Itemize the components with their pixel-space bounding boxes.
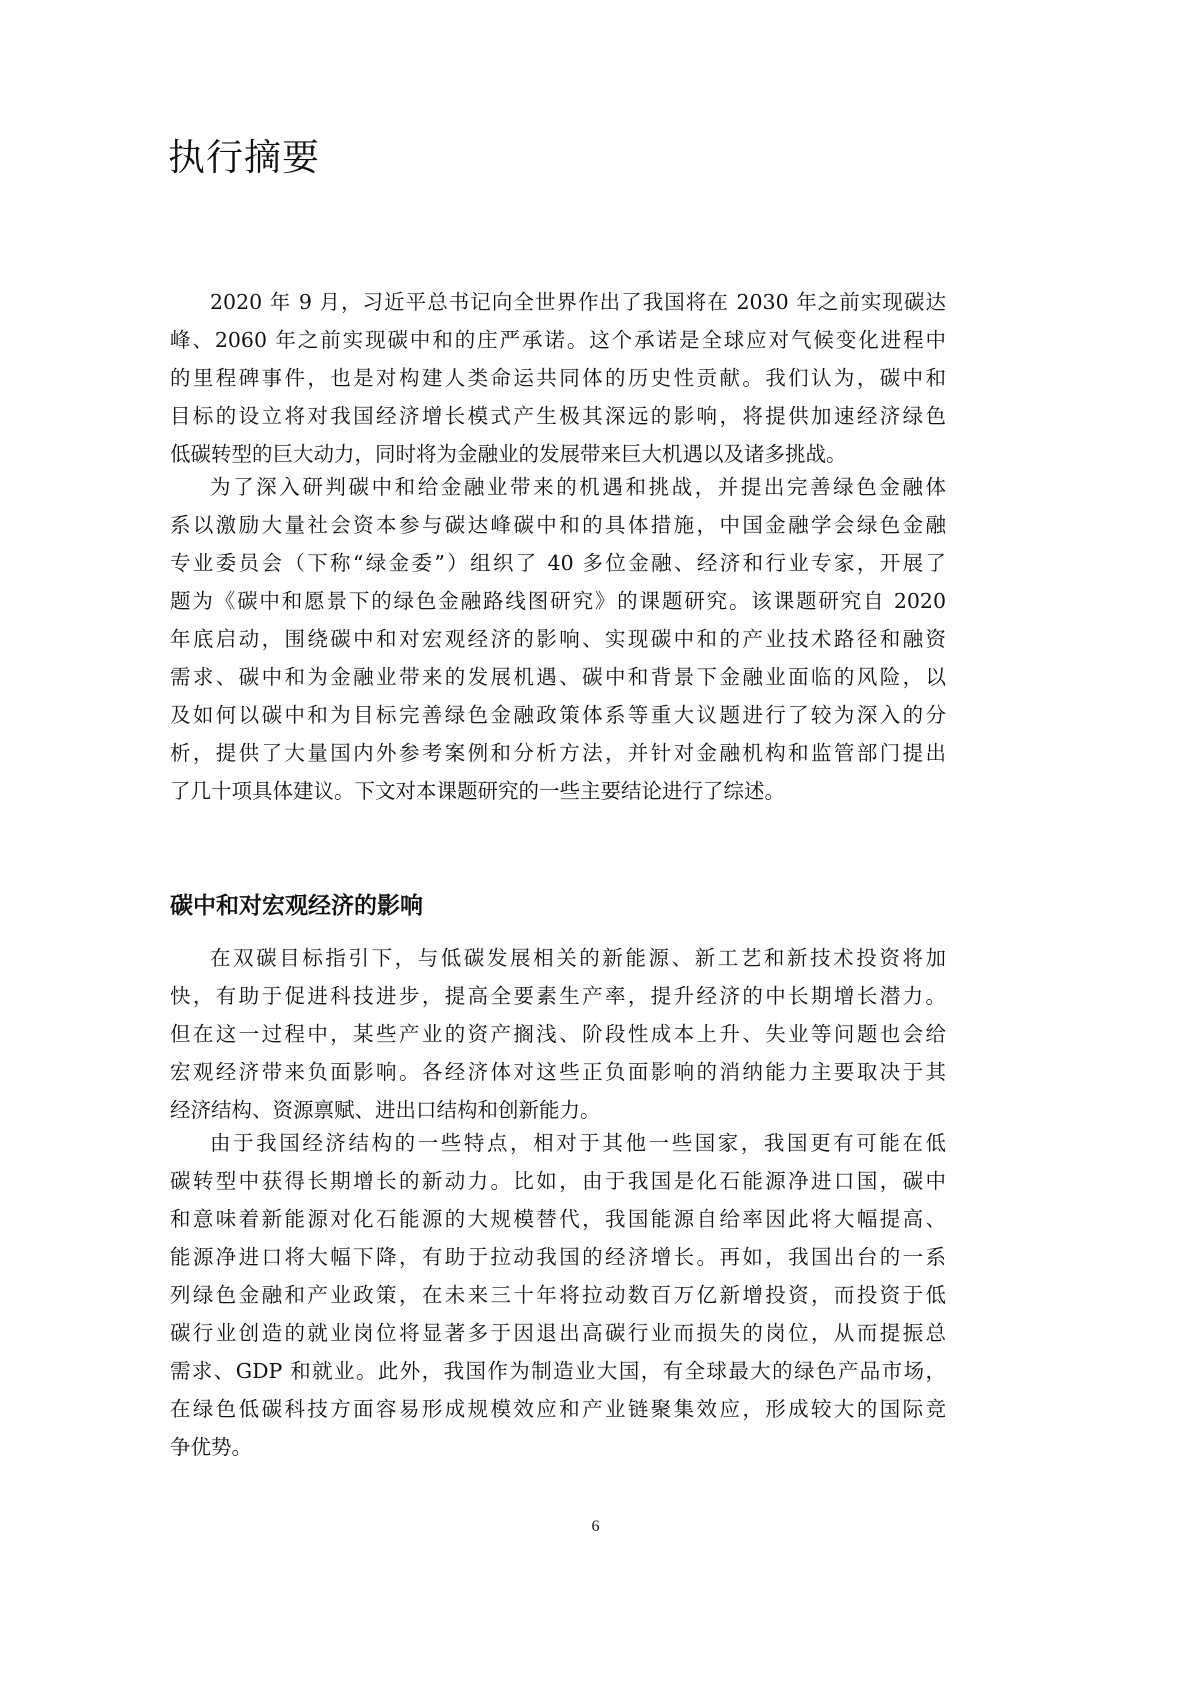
paragraph-2: 为了深入研判碳中和给金融业带来的机遇和挑战，并提出完善绿色金融体 系以激励大量社… xyxy=(170,468,946,810)
paragraph-line: 但在这一过程中，某些产业的资产搁浅、阶段性成本上升、失业等问题也会给 xyxy=(170,1015,946,1053)
paragraph-line: 由于我国经济结构的一些特点，相对于其他一些国家，我国更有可能在低 xyxy=(170,1124,946,1162)
paragraph-line: 年底启动，围绕碳中和对宏观经济的影响、实现碳中和的产业技术路径和融资 xyxy=(170,620,946,658)
paragraph-line: 需求、GDP 和就业。此外，我国作为制造业大国，有全球最大的绿色产品市场， xyxy=(170,1352,946,1390)
paragraph-line: 快，有助于促进科技进步，提高全要素生产率，提升经济的中长期增长潜力。 xyxy=(170,977,946,1015)
paragraph-line: 目标的设立将对我国经济增长模式产生极其深远的影响，将提供加速经济绿色 xyxy=(170,397,946,435)
paragraph-line: 和意味着新能源对化石能源的大规模替代，我国能源自给率因此将大幅提高、 xyxy=(170,1200,946,1238)
paragraph-line: 能源净进口将大幅下降，有助于拉动我国的经济增长。再如，我国出台的一系 xyxy=(170,1238,946,1276)
paragraph-line: 了几十项具体建议。下文对本课题研究的一些主要结论进行了综述。 xyxy=(170,772,946,810)
paragraph-line: 及如何以碳中和为目标完善绿色金融政策体系等重大议题进行了较为深入的分 xyxy=(170,696,946,734)
section-heading: 碳中和对宏观经济的影响 xyxy=(170,893,423,921)
paragraph-line: 的里程碑事件，也是对构建人类命运共同体的历史性贡献。我们认为，碳中和 xyxy=(170,359,946,397)
paragraph-line: 2020 年 9 月，习近平总书记向全世界作出了我国将在 2030 年之前实现碳… xyxy=(170,283,946,321)
paragraph-line: 宏观经济带来负面影响。各经济体对这些正负面影响的消纳能力主要取决于其 xyxy=(170,1053,946,1091)
paragraph-line: 需求、碳中和为金融业带来的发展机遇、碳中和背景下金融业面临的风险，以 xyxy=(170,658,946,696)
paragraph-line: 析，提供了大量国内外参考案例和分析方法，并针对金融机构和监管部门提出 xyxy=(170,734,946,772)
page-title: 执行摘要 xyxy=(168,136,320,180)
paragraph-line: 系以激励大量社会资本参与碳达峰碳中和的具体措施，中国金融学会绿色金融 xyxy=(170,506,946,544)
paragraph-line: 专业委员会（下称“绿金委”）组织了 40 多位金融、经济和行业专家，开展了 xyxy=(170,544,946,582)
paragraph-line: 碳行业创造的就业岗位将显著多于因退出高碳行业而损失的岗位，从而提振总 xyxy=(170,1314,946,1352)
paragraph-3: 在双碳目标指引下，与低碳发展相关的新能源、新工艺和新技术投资将加 快，有助于促进… xyxy=(170,939,946,1129)
page-number: 6 xyxy=(0,1518,1191,1536)
paragraph-line: 峰、2060 年之前实现碳中和的庄严承诺。这个承诺是全球应对气候变化进程中 xyxy=(170,321,946,359)
paragraph-line: 碳转型中获得长期增长的新动力。比如，由于我国是化石能源净进口国，碳中 xyxy=(170,1162,946,1200)
document-page: 执行摘要 2020 年 9 月，习近平总书记向全世界作出了我国将在 2030 年… xyxy=(0,0,1191,1684)
paragraph-line: 在绿色低碳科技方面容易形成规模效应和产业链聚集效应，形成较大的国际竞 xyxy=(170,1390,946,1428)
paragraph-line: 为了深入研判碳中和给金融业带来的机遇和挑战，并提出完善绿色金融体 xyxy=(170,468,946,506)
paragraph-line: 在双碳目标指引下，与低碳发展相关的新能源、新工艺和新技术投资将加 xyxy=(170,939,946,977)
paragraph-line: 题为《碳中和愿景下的绿色金融路线图研究》的课题研究。该课题研究自 2020 xyxy=(170,582,946,620)
paragraph-1: 2020 年 9 月，习近平总书记向全世界作出了我国将在 2030 年之前实现碳… xyxy=(170,283,946,473)
paragraph-4: 由于我国经济结构的一些特点，相对于其他一些国家，我国更有可能在低 碳转型中获得长… xyxy=(170,1124,946,1466)
paragraph-line: 争优势。 xyxy=(170,1428,946,1466)
paragraph-line: 列绿色金融和产业政策，在未来三十年将拉动数百万亿新增投资，而投资于低 xyxy=(170,1276,946,1314)
